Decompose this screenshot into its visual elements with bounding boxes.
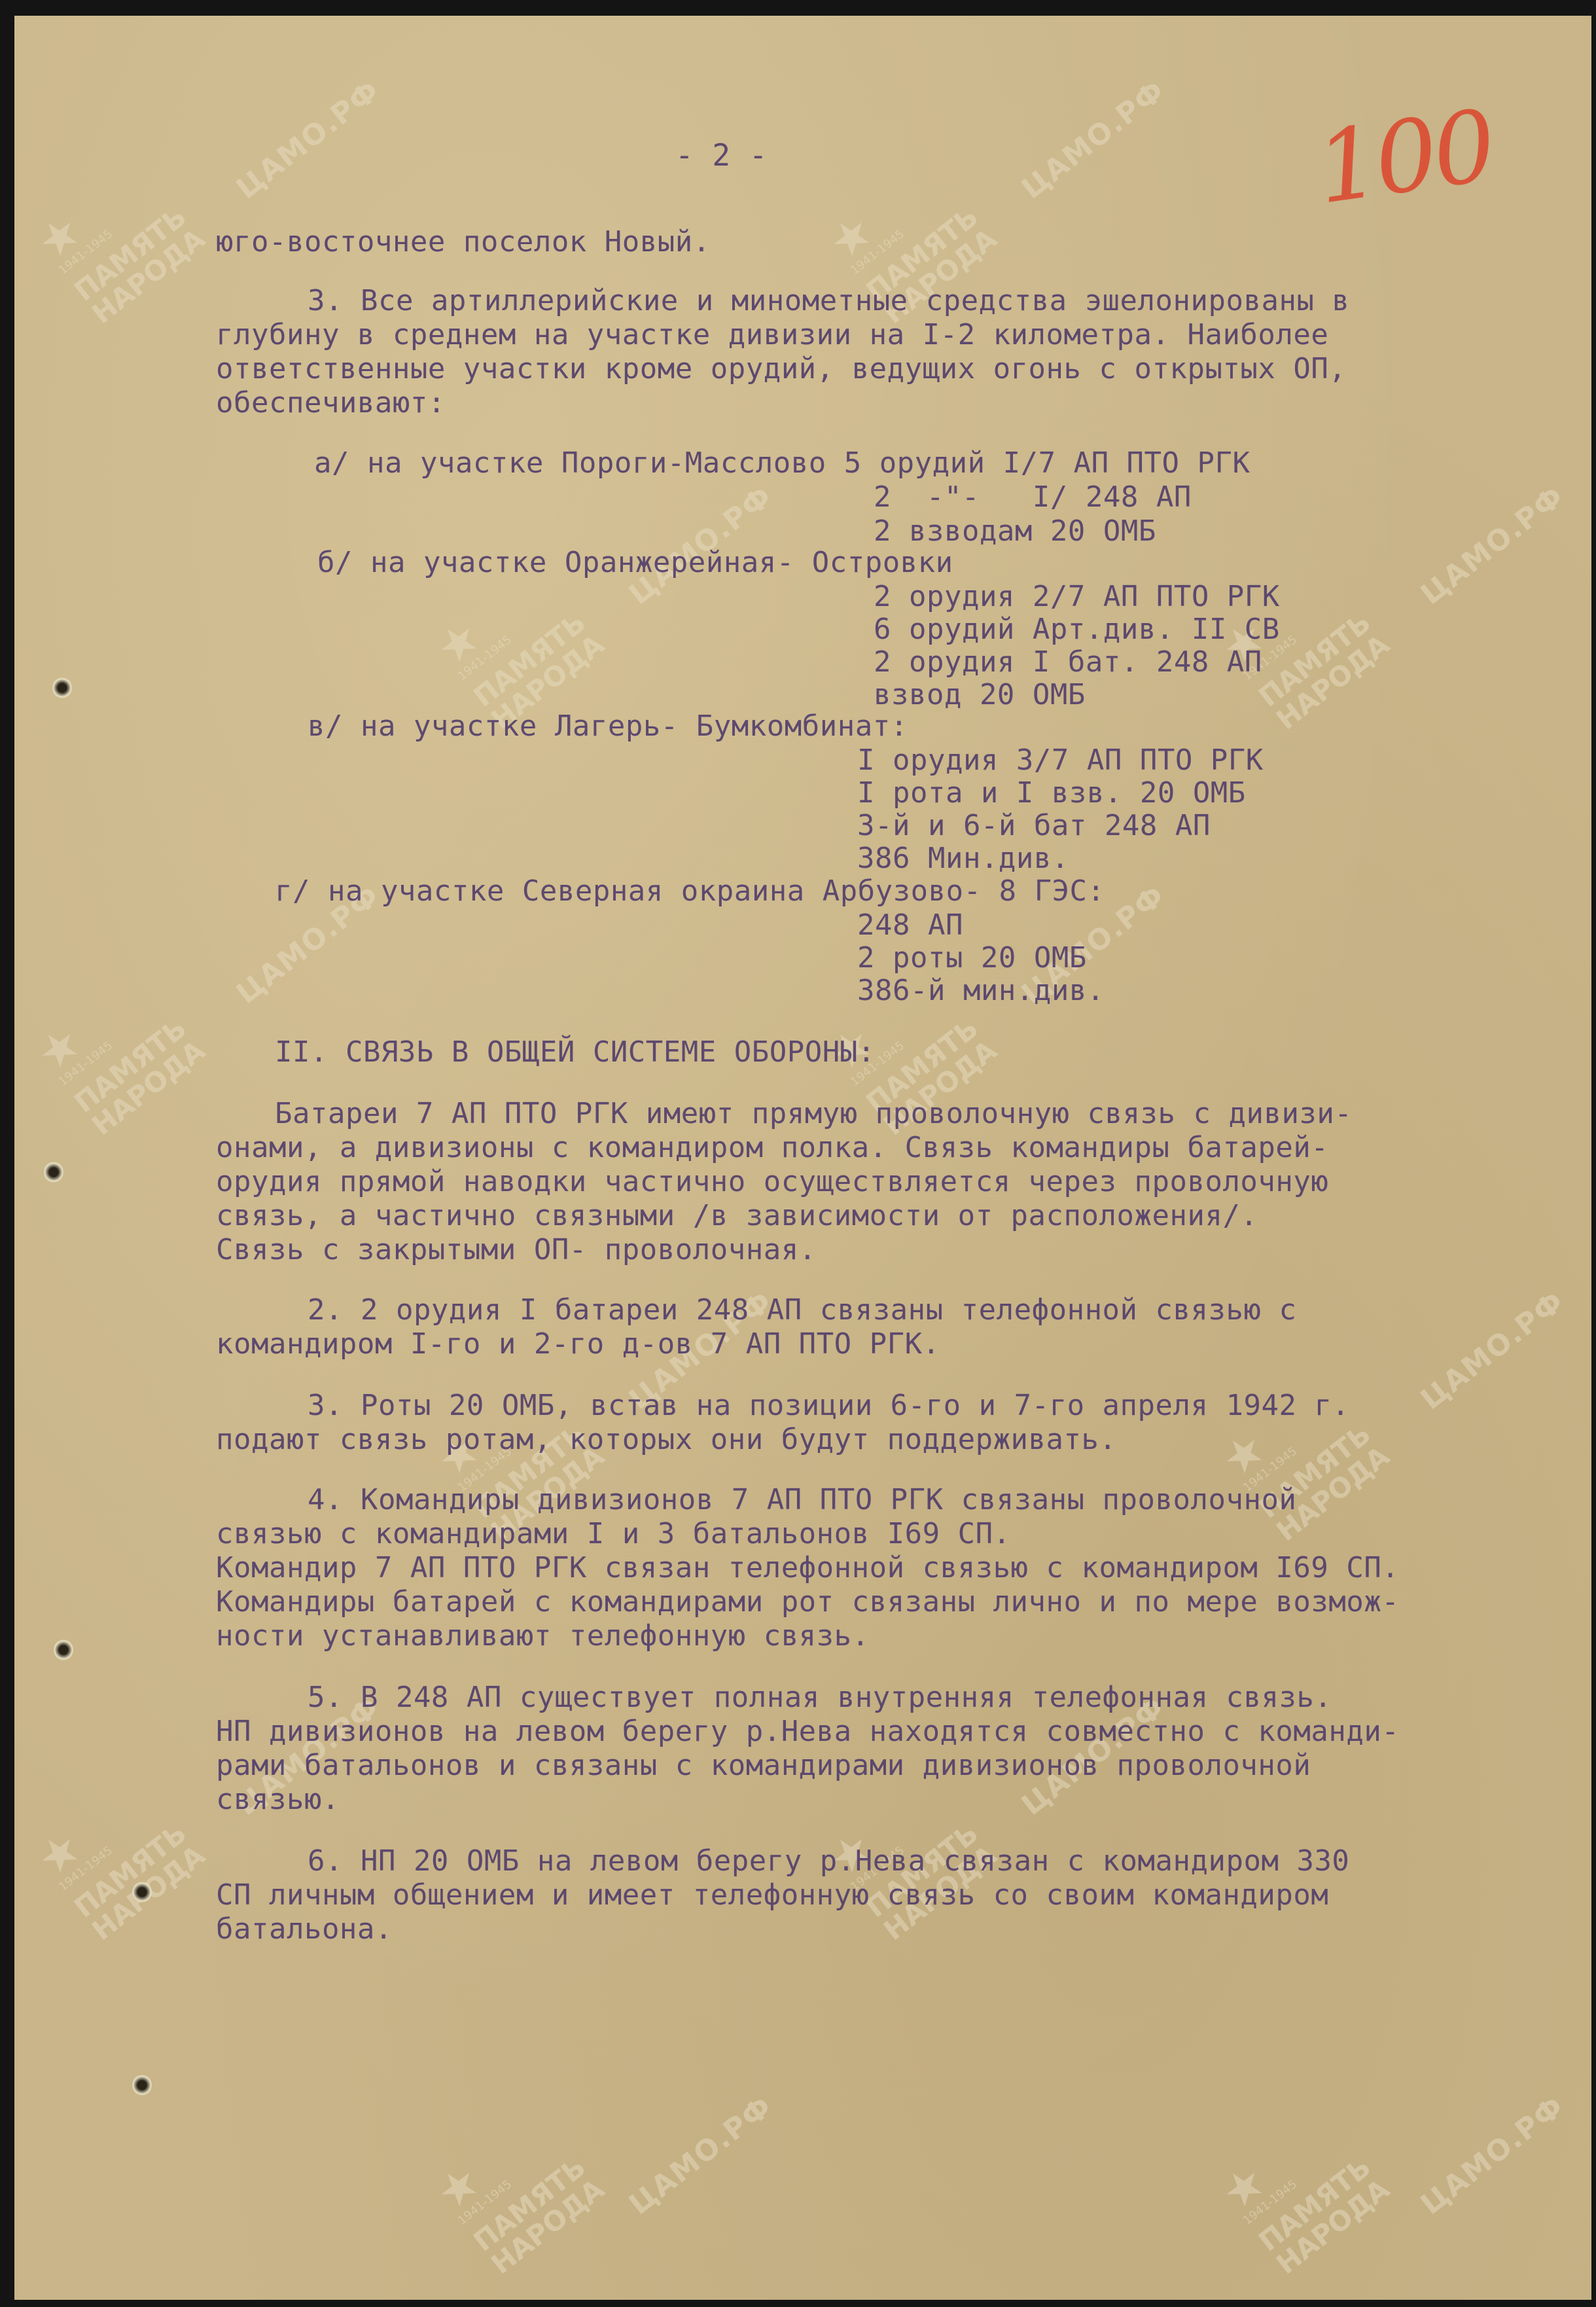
binding-hole [132,1881,152,1903]
text-line: Командиры батарей с командирами рот связ… [216,1585,1399,1618]
binding-hole [52,677,72,699]
text-line: 4. Командиры дивизионов 7 АП ПТО РГК свя… [308,1483,1296,1516]
text-line: ответственные участки кроме орудий, веду… [216,352,1346,385]
text-line: ности устанавливают телефонную связь. [216,1619,870,1653]
text-line: 3. Все артиллерийские и минометные средс… [308,284,1349,317]
star-icon: ★ [34,1772,157,1877]
star-icon: ★ [1218,2106,1341,2211]
text-line: батальона. [216,1912,393,1946]
watermark-pamyat-naroda: ★ 1941-1945 ПАМЯТЬ НАРОДА [34,1772,210,1945]
text-line: 386 Мин.див. [857,842,1069,875]
text-line: II. СВЯЗЬ В ОБЩЕЙ СИСТЕМЕ ОБОРОНЫ: [275,1035,876,1069]
text-line: НП дивизионов на левом берегу р.Нева нах… [216,1715,1399,1748]
watermark-camo: ЦАМО.РФ [1415,479,1570,611]
text-line: командиром I-го и 2-го д-ов 7 АП ПТО РГК… [216,1327,940,1361]
star-icon: ★ [34,967,157,1072]
text-line: взвод 20 ОМБ [874,678,1086,711]
text-line: 6. НП 20 ОМБ на левом берегу р.Нева связ… [308,1844,1349,1878]
text-line: глубину в среднем на участке дивизии на … [216,318,1328,351]
text-line: 2. 2 орудия I батареи 248 АП связаны тел… [308,1293,1296,1327]
page-number: - 2 - [675,137,768,173]
text-line: СП личным общением и имеет телефонную св… [216,1878,1328,1912]
document-page: ЦАМО.РФ ЦАМО.РФ ЦАМО.РФ ЦАМО.РФ ЦАМО.РФ … [14,16,1591,2300]
text-line: а/ на участке Пороги-Масслово 5 орудий I… [314,446,1250,480]
binding-hole [44,1161,63,1183]
watermark-pamyat-naroda: ★ 1941-1945 ПАМЯТЬ НАРОДА [1218,2106,1394,2279]
text-line: в/ на участке Лагерь- Бумкомбинат: [308,709,908,743]
watermark-pamyat-naroda: ★ 1941-1945 ПАМЯТЬ НАРОДА [34,967,210,1140]
text-line: Связь с закрытыми ОП- проволочная. [216,1233,817,1266]
text-line: связь, а частично связными /в зависимост… [216,1199,1258,1232]
text-line: 3. Роты 20 ОМБ, встав на позиции 6-го и … [308,1389,1349,1422]
text-line: 6 орудий Арт.див. II СВ [874,613,1280,646]
folio-number: 100 [1309,89,1499,226]
text-line: 2 взводам 20 ОМБ [874,514,1156,548]
star-icon: ★ [433,2106,556,2211]
watermark-camo: ЦАМО.РФ [623,2089,779,2221]
binding-hole [132,2074,152,2096]
text-line: орудия прямой наводки частично осуществл… [216,1165,1328,1198]
text-line: I орудия 3/7 АП ПТО РГК [857,743,1264,777]
text-line: рами батальонов и связаны с командирами … [216,1749,1311,1782]
text-line: 2 орудия I бат. 248 АП [874,645,1262,679]
watermark-camo: ЦАМО.РФ [230,73,386,206]
text-line: 5. В 248 АП существует полная внутренняя… [308,1681,1332,1714]
watermark-pamyat-naroda: ★ 1941-1945 ПАМЯТЬ НАРОДА [433,2106,609,2279]
text-line: подают связь ротам, которых они будут по… [216,1423,1117,1456]
text-line: I рота и I взв. 20 ОМБ [857,776,1246,810]
text-line: связью. [216,1783,340,1816]
text-line: связью с командирами I и 3 батальонов I6… [216,1517,1011,1550]
watermark-camo: ЦАМО.РФ [1415,1284,1570,1416]
text-line: б/ на участке Оранжерейная- Островки [317,546,953,579]
text-line: г/ на участке Северная окраина Арбузово-… [275,874,1105,908]
watermark-pamyat-naroda: ★ 1941-1945 ПАМЯТЬ НАРОДА [34,156,210,329]
text-line: 3-й и 6-й бат 248 АП [857,809,1211,842]
text-line: 386-й мин.див. [857,974,1105,1007]
star-icon: ★ [34,156,157,260]
text-line: онами, а дивизионы с командиром полка. С… [216,1131,1328,1164]
binding-hole [54,1639,73,1661]
star-icon: ★ [826,156,949,260]
text-line: 2 роты 20 ОМБ [857,941,1087,975]
text-line: 2 орудия 2/7 АП ПТО РГК [874,580,1280,613]
text-line: Командир 7 АП ПТО РГК связан телефонной … [216,1551,1399,1584]
text-line: Батареи 7 АП ПТО РГК имеют прямую провол… [275,1097,1352,1130]
text-line: 248 АП [857,908,963,942]
watermark-camo: ЦАМО.РФ [1415,2089,1570,2221]
text-line: обеспечивают: [216,386,446,420]
text-line: 2 -"- I/ 248 АП [874,480,1192,514]
text-line: юго-восточнее поселок Новый. [216,225,711,259]
watermark-camo: ЦАМО.РФ [1016,73,1171,206]
